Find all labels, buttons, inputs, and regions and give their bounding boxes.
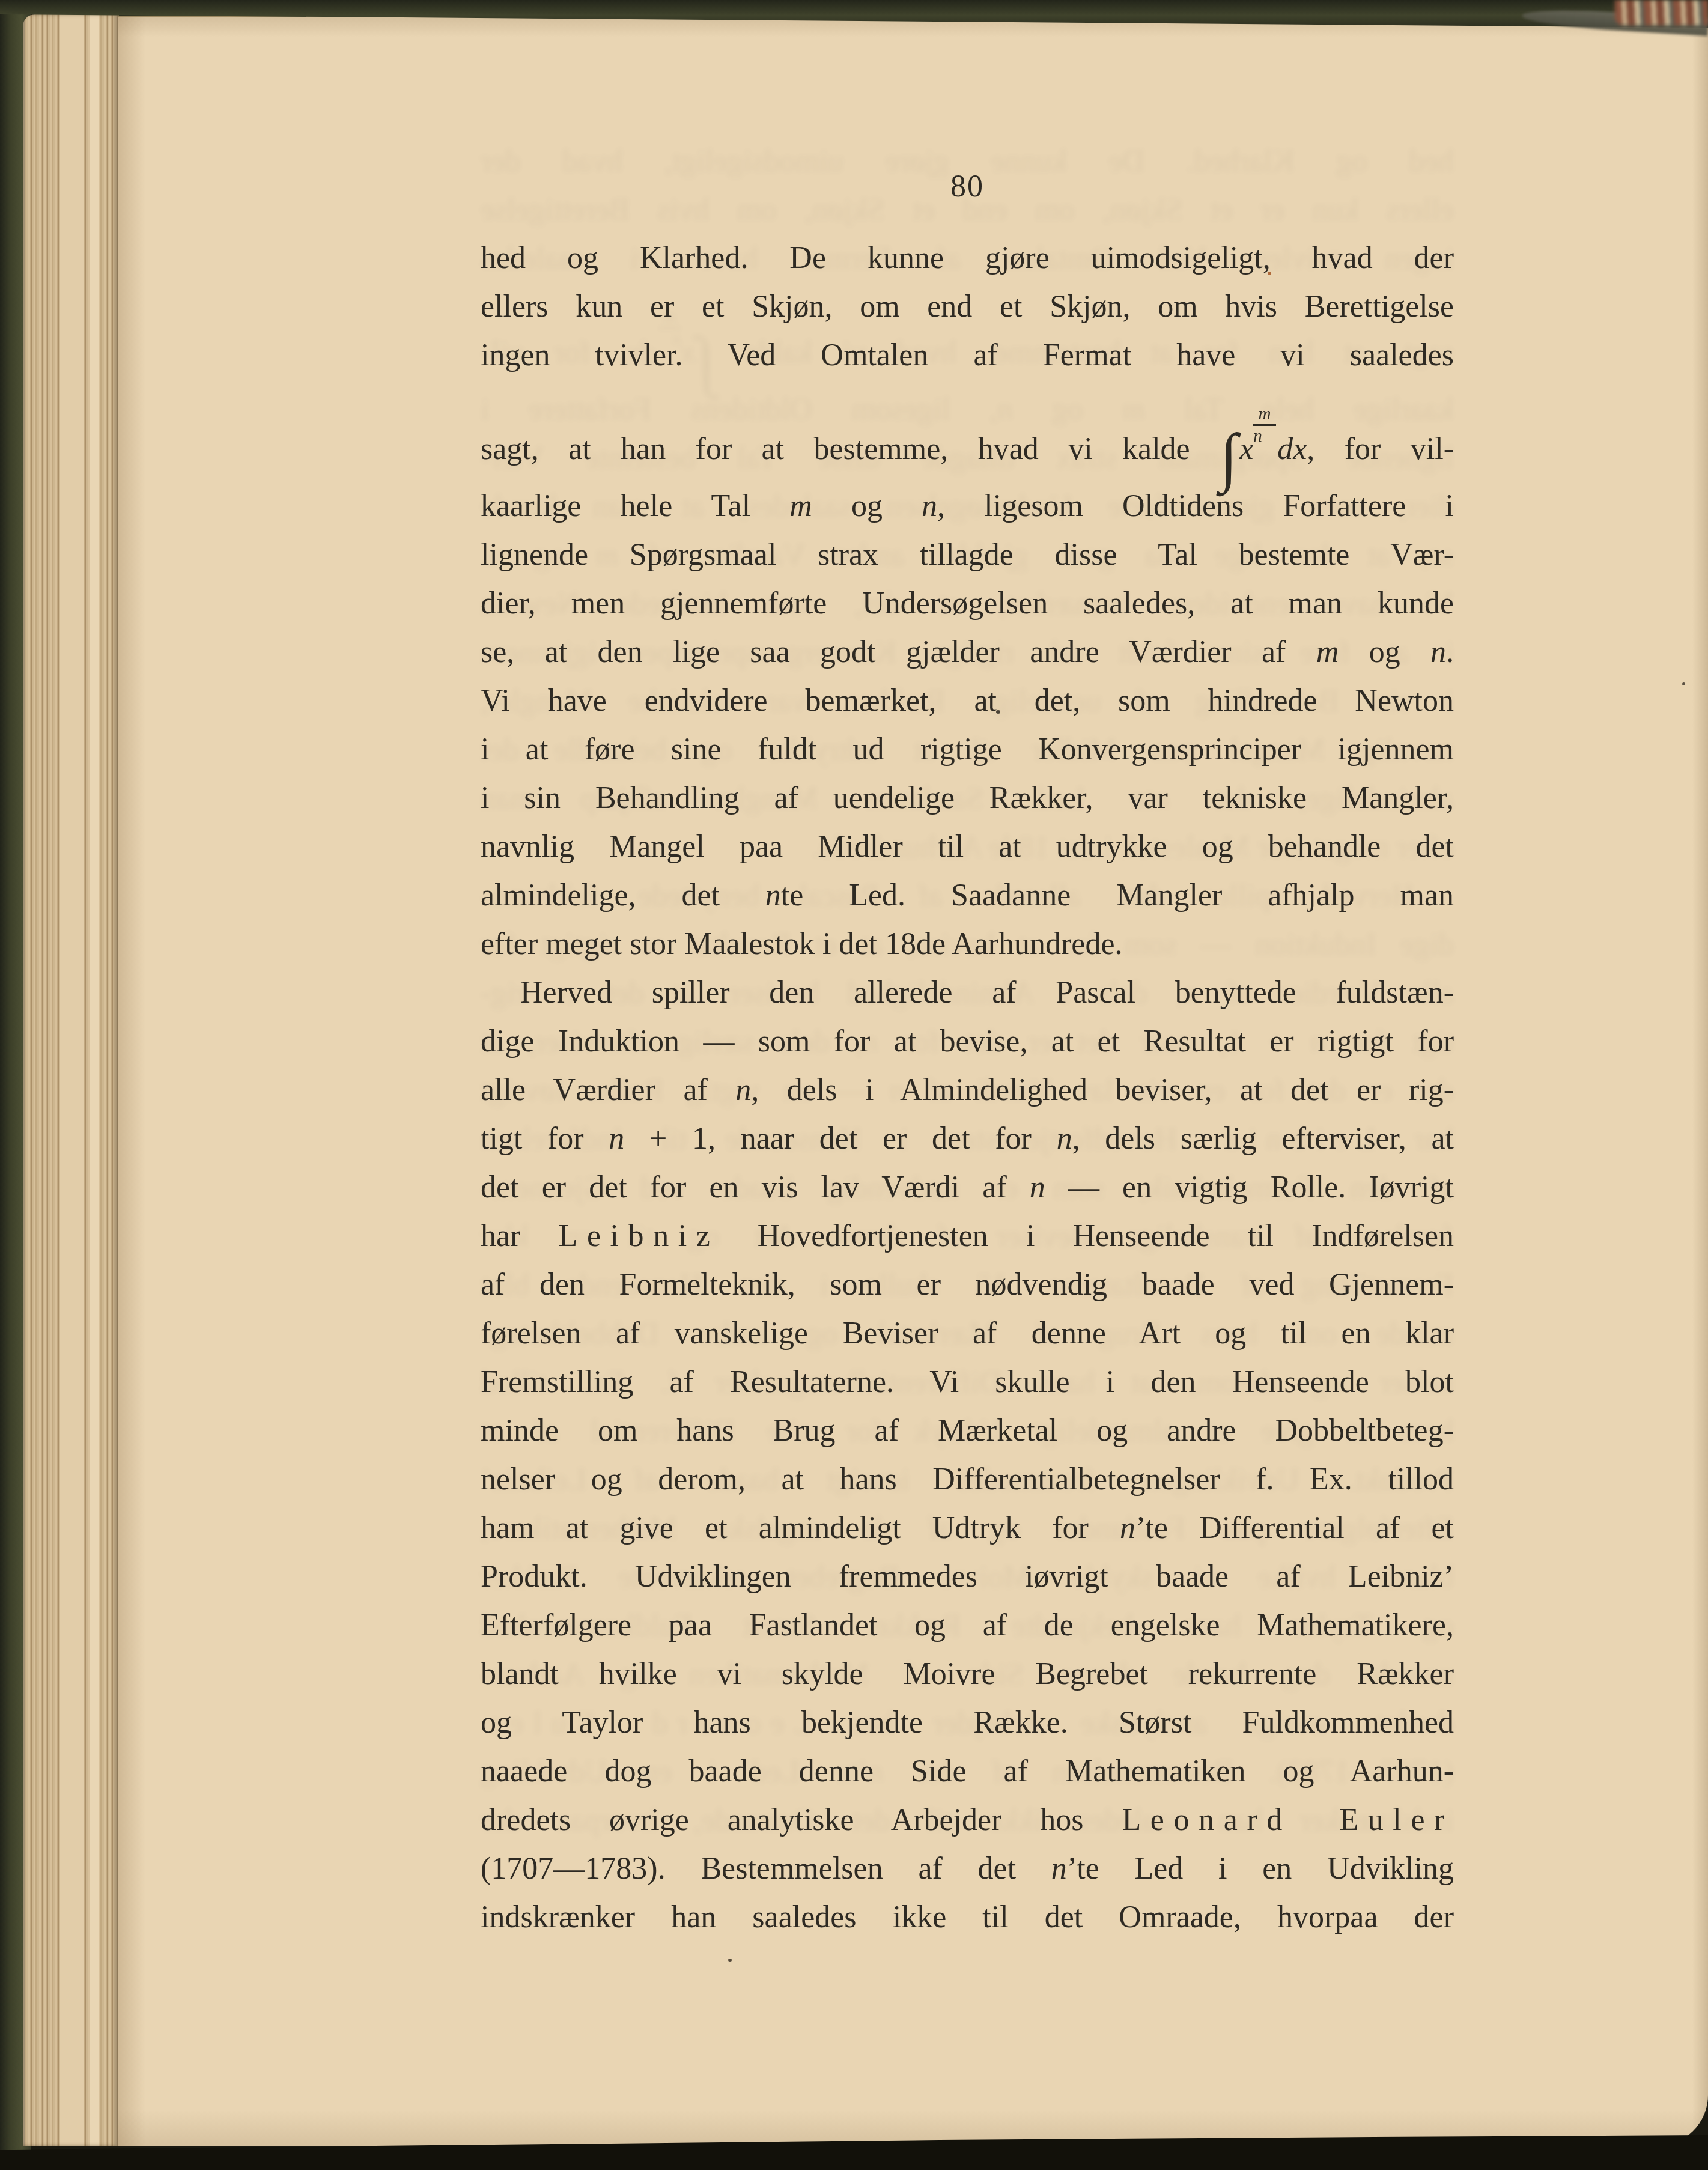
text-line: se, at den lige saa godt gjælder andre V… [481,628,1454,676]
text-segment: + 1, naar det er det for [624,1122,1056,1156]
text-segment: almindelige, det [481,878,765,913]
page-text-area: 80 hed og Klarhed. De kunne gjøre uimods… [481,162,1454,1942]
text-segment: Vi have endvidere bemærket, at det, som … [481,684,1454,718]
text-line: Efterfølgere paa Fastlandet og af de eng… [481,1601,1454,1650]
text-segment: Produkt. Udviklingen fremmedes iøvrigt b… [481,1560,1454,1594]
text-line: naaede dog baade denne Side af Mathemati… [481,1747,1454,1796]
page-edge-stack [23,14,119,2146]
text-segment: n [735,1073,751,1107]
text-segment: . [1446,635,1454,669]
text-segment: af den Formelteknik, som er nødvendig ba… [481,1268,1454,1302]
text-line: indskrænker han saaledes ikke til det Om… [481,1893,1454,1942]
text-line: lignende Spørgsmaal strax tillagde disse… [481,530,1454,579]
text-segment: minde om hans Brug af Mærketal og andre … [481,1414,1454,1448]
text-segment: og [1339,635,1430,669]
text-line: det er det for en vis lav Værdi af n — e… [481,1163,1454,1212]
integrand: x [1239,432,1253,466]
text-segment: ’te Led i en Udvikling [1067,1852,1454,1886]
text-line: Produkt. Udviklingen fremmedes iøvrigt b… [481,1552,1454,1601]
text-segment: kaarlige hele Tal [481,489,789,523]
text-line: i at føre sine fuldt ud rigtige Konverge… [481,725,1454,774]
text-segment: dier, men gjennemførte Undersøgelsen saa… [481,586,1454,621]
text-line: sagt, at han for at bestemme, hvad vi ka… [481,405,1454,473]
text-line: tigt for n + 1, naar det er det for n, d… [481,1114,1454,1163]
text-segment: n [1051,1852,1067,1886]
text-line: Herved spiller den allerede af Pascal be… [481,968,1454,1017]
text-segment: Hovedfortjenesten i Henseende til Indfør… [720,1219,1454,1253]
text-line: ham at give et almindeligt Udtryk for n’… [481,1504,1454,1552]
text-segment: Efterfølgere paa Fastlandet og af de eng… [481,1608,1454,1643]
text-segment: Leonard Euler [1122,1803,1454,1837]
text-line: i sin Behandling af uendelige Rækker, va… [481,774,1454,822]
text-segment: ’te Differential af et [1135,1511,1454,1545]
text-segment: sagt, at han for at bestemme, hvad vi ka… [481,432,1220,466]
text-segment: , for vil- [1307,432,1454,466]
text-segment: (1707—1783). Bestemmelsen af det [481,1852,1051,1886]
text-line: nelser og derom, at hans Differentialbet… [481,1455,1454,1504]
text-segment: navnlig Mangel paa Midler til at udtrykk… [481,830,1454,864]
text-body: hed og Klarhed. De kunne gjøre uimodsige… [481,234,1454,1942]
text-segment: , dels særlig efterviser, at [1072,1122,1454,1156]
dust-speck [728,1959,732,1962]
text-segment: alle Værdier af [481,1073,735,1107]
text-segment: efter meget stor Maalestok i det 18de Aa… [481,927,1123,961]
text-segment: og Taylor hans bekjendte Række. Størst F… [481,1706,1454,1740]
text-line: førelsen af vanskelige Beviser af denne … [481,1309,1454,1358]
text-line: dige Induktion — som for at bevise, at e… [481,1017,1454,1066]
text-segment: , ligesom Oldtidens Forfattere i [937,489,1454,523]
book-page: hed og Klarhed. De kunne gjøre uimodsige… [118,16,1708,2146]
book-scan: hed og Klarhed. De kunne gjøre uimodsige… [0,0,1708,2170]
text-segment: førelsen af vanskelige Beviser af denne … [481,1316,1454,1351]
text-segment: n [1030,1170,1045,1205]
page-number: 80 [481,162,1454,211]
text-segment: i sin Behandling af uendelige Rækker, va… [481,781,1454,815]
text-segment: og [812,489,922,523]
text-line: minde om hans Brug af Mærketal og andre … [481,1406,1454,1455]
text-line: ingen tvivler. Ved Omtalen af Fermat hav… [481,331,1454,380]
text-segment: ellers kun er et Skjøn, om end et Skjøn,… [481,290,1454,324]
dust-speck [1682,682,1685,685]
text-segment: indskrænker han saaledes ikke til det Om… [481,1900,1454,1934]
exponent-fraction: mn [1253,405,1275,446]
text-segment: Fremstilling af Resultaterne. Vi skulle … [481,1365,1454,1399]
text-line: Vi have endvidere bemærket, at det, som … [481,676,1454,725]
text-segment: n [1120,1511,1135,1545]
text-line: kaarlige hele Tal m og n, ligesom Oldtid… [481,482,1454,530]
text-segment: Leibniz [559,1219,720,1253]
dust-speck [996,710,1000,714]
text-line: Fremstilling af Resultaterne. Vi skulle … [481,1358,1454,1406]
text-line: har Leibniz Hovedfortjenesten i Henseend… [481,1212,1454,1260]
text-line: efter meget stor Maalestok i det 18de Aa… [481,920,1454,968]
text-line: hed og Klarhed. De kunne gjøre uimodsige… [481,234,1454,282]
text-segment: naaede dog baade denne Side af Mathemati… [481,1754,1454,1789]
text-segment: m [789,489,812,523]
text-segment: tigt for [481,1122,609,1156]
text-line: og Taylor hans bekjendte Række. Størst F… [481,1698,1454,1747]
text-segment: n [609,1122,624,1156]
text-segment: dredets øvrige analytiske Arbejder hos [481,1803,1122,1837]
exponent-denominator: n [1253,426,1275,446]
text-line: almindelige, det nte Led. Saadanne Mangl… [481,871,1454,920]
text-line: alle Værdier af n, dels i Almindelighed … [481,1066,1454,1114]
integral-formula: ∫xmndx [1220,432,1307,466]
text-line: ellers kun er et Skjøn, om end et Skjøn,… [481,282,1454,331]
text-segment: lignende Spørgsmaal strax tillagde disse… [481,538,1454,572]
text-line: navnlig Mangel paa Midler til at udtrykk… [481,822,1454,871]
text-segment: ingen tvivler. Ved Omtalen af Fermat hav… [481,338,1454,372]
text-segment: n [1430,635,1446,669]
text-segment: hed og Klarhed. De kunne gjøre uimodsige… [481,241,1454,275]
text-segment: n [922,489,937,523]
text-segment: dige Induktion — som for at bevise, at e… [481,1024,1454,1059]
exponent-numerator: m [1253,405,1275,426]
differential: dx [1276,432,1307,466]
text-segment: har [481,1219,559,1253]
text-segment: ham at give et almindeligt Udtryk for [481,1511,1120,1545]
text-line: dredets øvrige analytiske Arbejder hos L… [481,1796,1454,1844]
dust-speck [1268,272,1271,275]
text-segment: i at føre sine fuldt ud rigtige Konverge… [481,732,1454,767]
text-segment: se, at den lige saa godt gjælder andre V… [481,635,1316,669]
headband [1615,0,1708,25]
text-segment: m [1316,635,1339,669]
text-line: (1707—1783). Bestemmelsen af det n’te Le… [481,1844,1454,1893]
text-segment: n [1057,1122,1072,1156]
text-line: blandt hvilke vi skylde Moivre Begrebet … [481,1650,1454,1698]
text-segment: det er det for en vis lav Værdi af [481,1170,1030,1205]
text-segment: blandt hvilke vi skylde Moivre Begrebet … [481,1657,1454,1691]
text-segment: , dels i Almindelighed beviser, at det e… [751,1073,1454,1107]
text-segment: nelser og derom, at hans Differentialbet… [481,1462,1454,1497]
text-segment: — en vigtig Rolle. Iøvrigt [1045,1170,1454,1205]
text-segment: n [765,878,781,913]
text-segment: Herved spiller den allerede af Pascal be… [520,976,1454,1010]
text-segment: te Led. Saadanne Mangler afhjalp man [781,878,1454,913]
text-line: af den Formelteknik, som er nødvendig ba… [481,1260,1454,1309]
text-line: dier, men gjennemførte Undersøgelsen saa… [481,579,1454,628]
